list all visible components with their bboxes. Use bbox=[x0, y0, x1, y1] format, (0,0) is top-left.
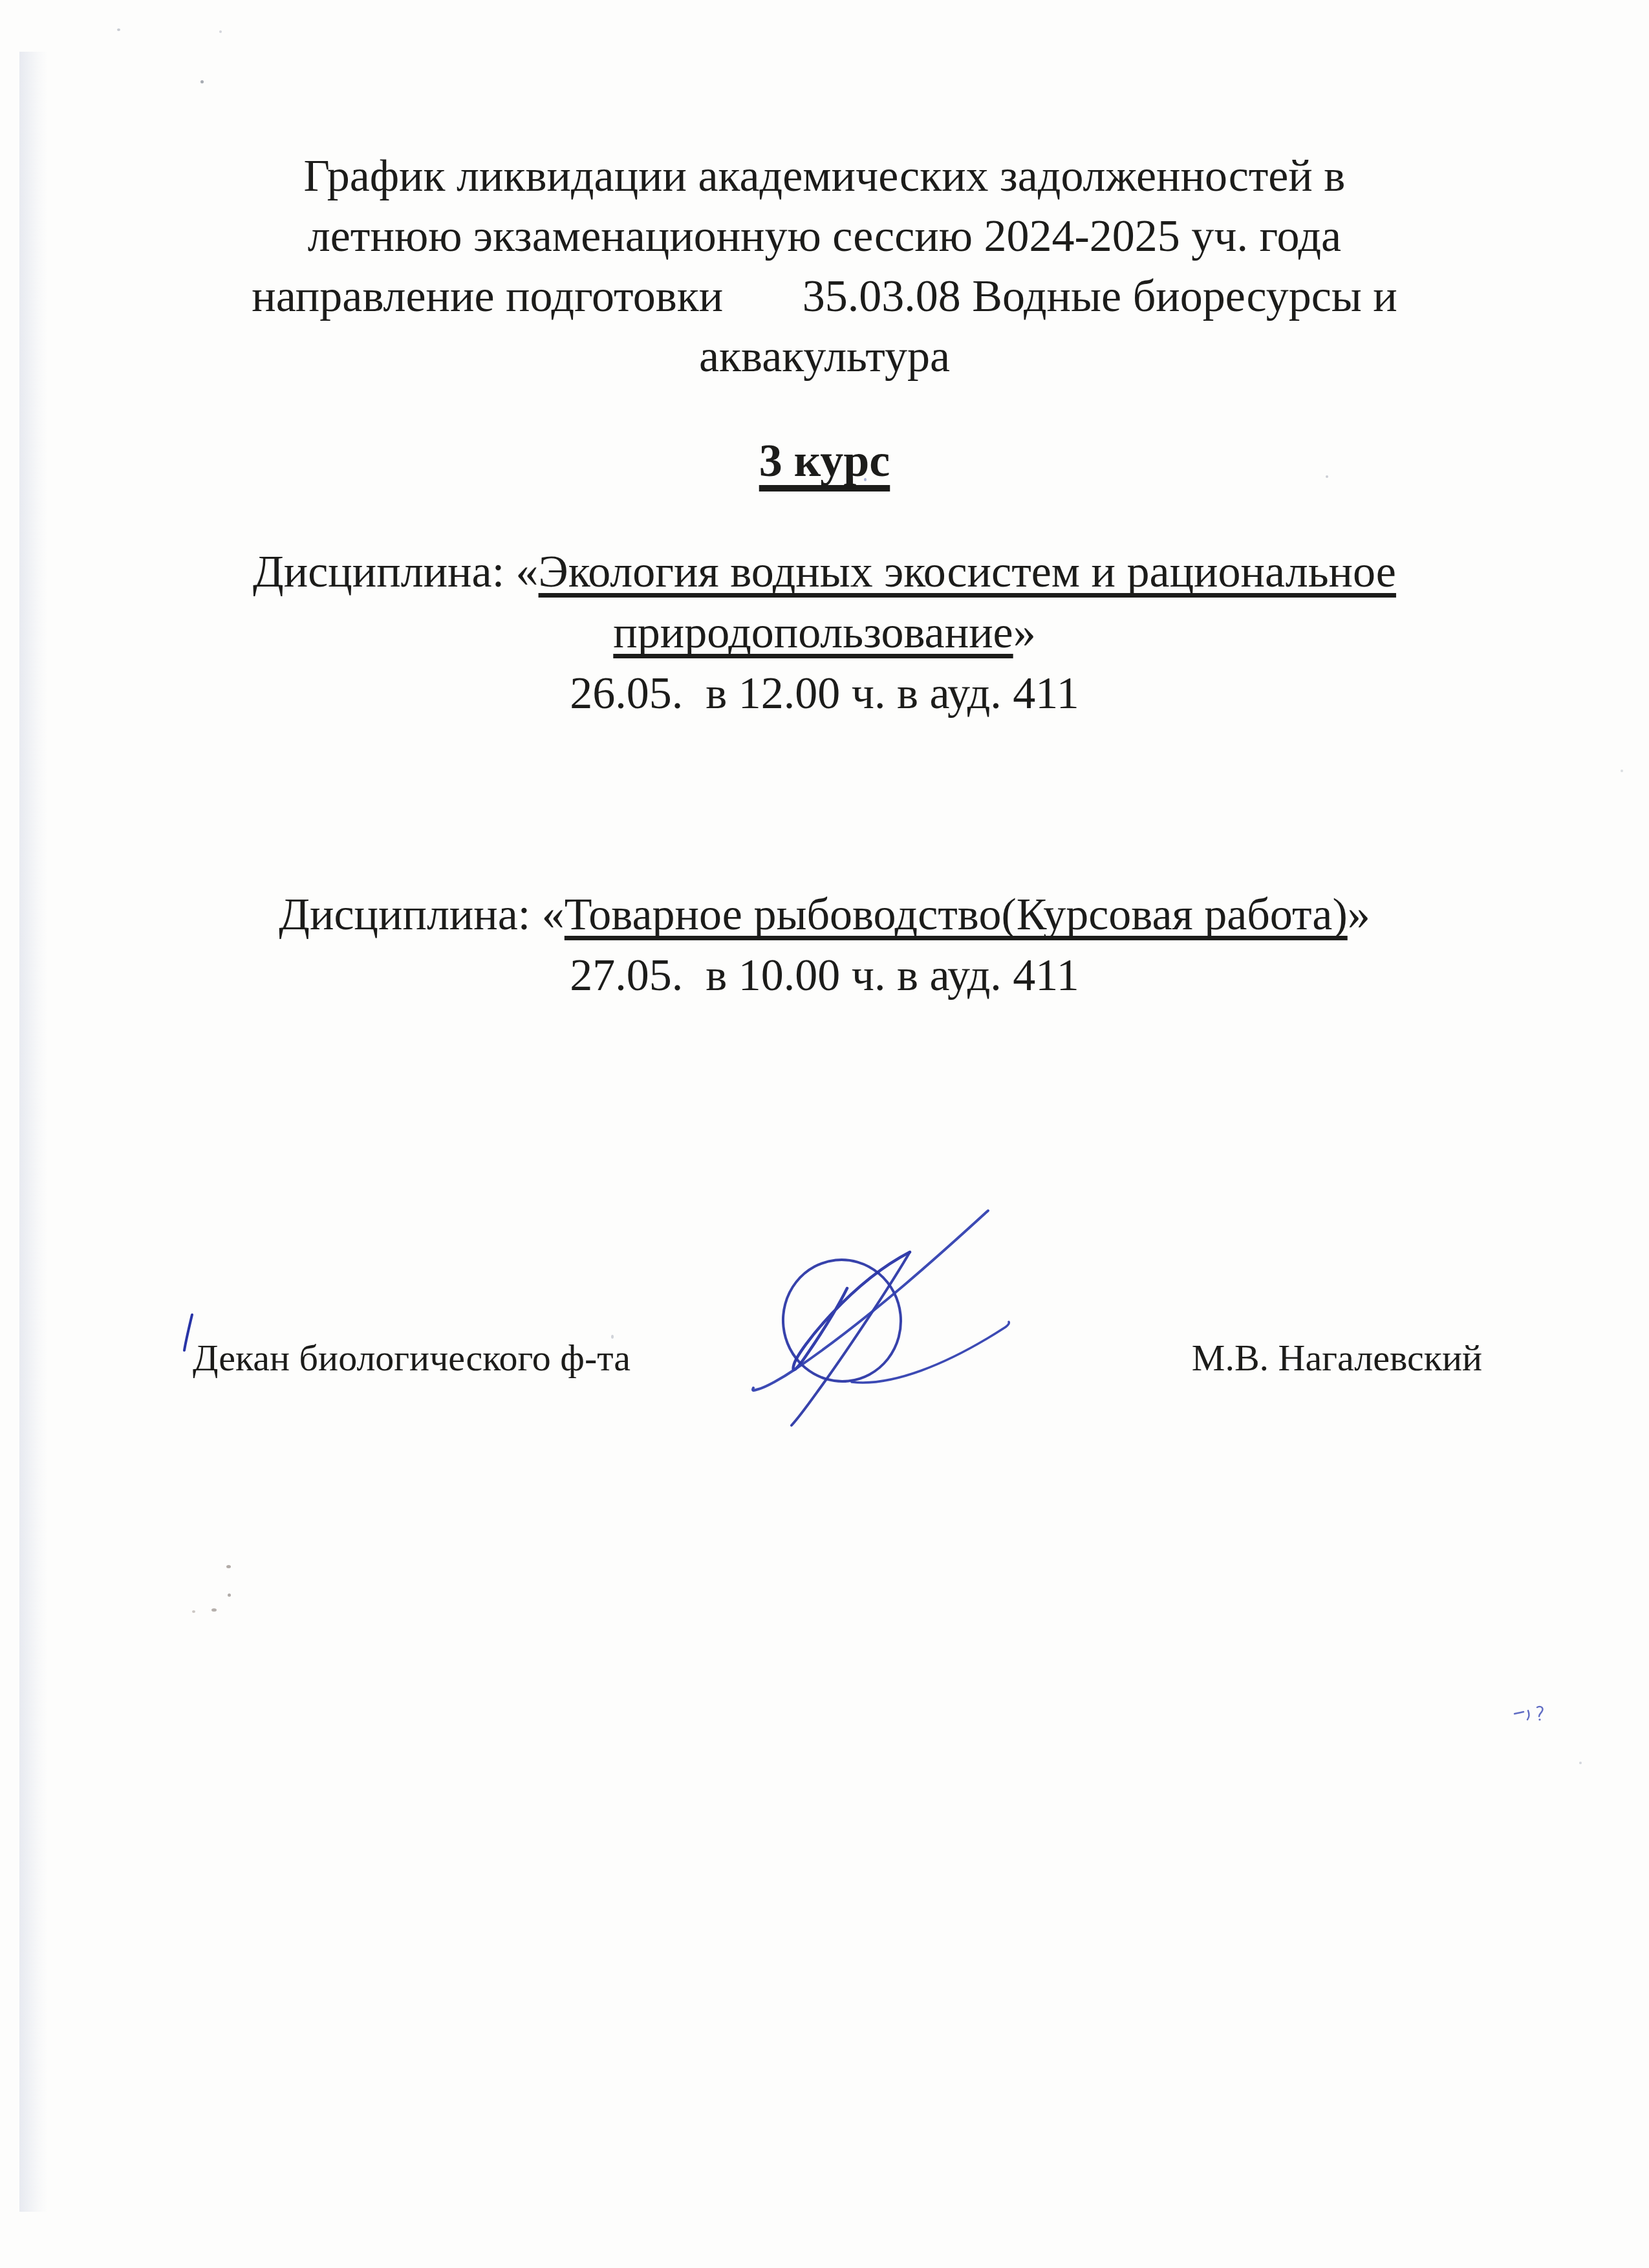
discipline-2-closing-quote: » bbox=[1348, 890, 1370, 940]
ink-speck-cluster-icon bbox=[1510, 1703, 1555, 1731]
scan-speck bbox=[200, 80, 204, 83]
discipline-2-title-line: Дисциплина: «Товарное рыбоводство(Курсов… bbox=[0, 885, 1649, 945]
scan-speck bbox=[228, 1593, 231, 1597]
discipline-2-schedule: 27.05. в 10.00 ч. в ауд. 411 bbox=[0, 945, 1649, 1006]
course-heading: 3 курс bbox=[0, 431, 1649, 491]
discipline-1-closing-quote: » bbox=[1013, 608, 1036, 658]
scanned-document-page: График ликвидации академических задолжен… bbox=[0, 0, 1649, 2268]
scan-speck bbox=[1579, 1762, 1582, 1764]
title-line-3: направление подготовки 35.03.08 Водные б… bbox=[0, 266, 1649, 327]
discipline-1-name-part-1: Экология водных экосистем и рациональное bbox=[539, 547, 1396, 597]
discipline-2-name: Товарное рыбоводство(Курсовая работа) bbox=[565, 890, 1348, 940]
title-line-1: График ликвидации академических задолжен… bbox=[0, 146, 1649, 206]
discipline-1-title-line-2: природопользование» bbox=[0, 603, 1649, 664]
scan-speck bbox=[226, 1565, 231, 1568]
scan-speck bbox=[1621, 770, 1623, 772]
discipline-block-2: Дисциплина: «Товарное рыбоводство(Курсов… bbox=[0, 885, 1649, 1006]
dean-name: М.В. Нагалевский bbox=[1192, 1328, 1482, 1388]
scan-speck bbox=[219, 30, 222, 33]
title-line-2: летнюю экзаменационную сессию 2024-2025 … bbox=[0, 206, 1649, 266]
discipline-1-name-part-2: природопользование bbox=[613, 608, 1013, 658]
scan-speck bbox=[192, 1610, 195, 1613]
discipline-block-1: Дисциплина: «Экология водных экосистем и… bbox=[0, 542, 1649, 724]
discipline-2-label: Дисциплина: « bbox=[279, 890, 565, 940]
course-heading-text: 3 курс bbox=[755, 435, 894, 486]
title-line-4: аквакультура bbox=[0, 327, 1649, 387]
discipline-1-label: Дисциплина: « bbox=[253, 547, 539, 597]
discipline-1-title-line-1: Дисциплина: «Экология водных экосистем и… bbox=[0, 542, 1649, 603]
signoff-row: Декан биологического ф-та М.В. Нагалевск… bbox=[0, 1328, 1649, 1388]
scan-speck bbox=[117, 28, 120, 31]
discipline-1-schedule: 26.05. в 12.00 ч. в ауд. 411 bbox=[0, 664, 1649, 724]
dean-title-label: Декан биологического ф-та bbox=[193, 1328, 630, 1388]
document-title: График ликвидации академических задолжен… bbox=[0, 146, 1649, 387]
scan-speck bbox=[211, 1608, 217, 1612]
